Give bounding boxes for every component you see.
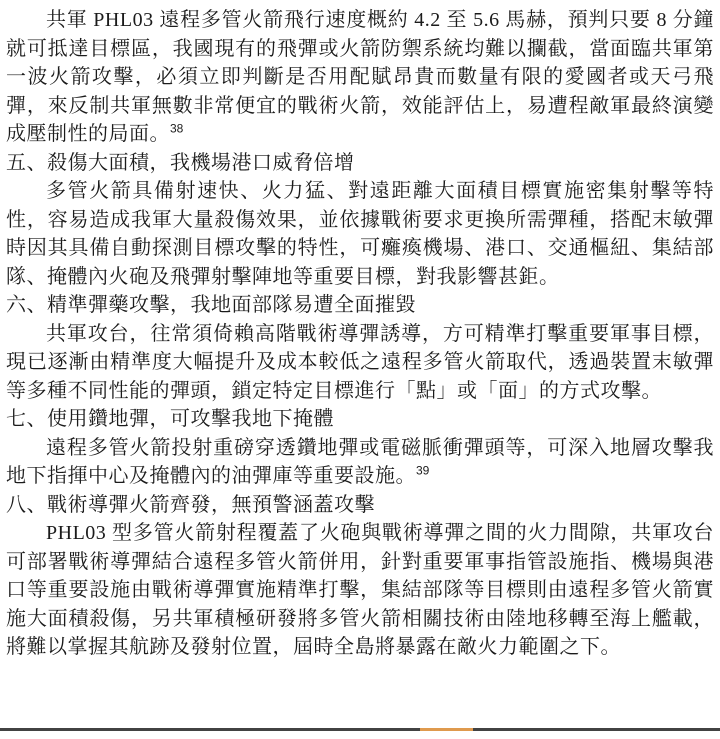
- scroll-position-indicator[interactable]: [420, 728, 473, 731]
- paragraph-precision-strike: 共軍攻台，往常須倚賴高階戰術導彈誘導，方可精準打擊重要軍事目標，現已逐漸由精準度…: [6, 320, 714, 406]
- paragraph-salvo-coverage: PHL03 型多管火箭射程覆蓋了火砲與戰術導彈之間的火力間隙，共軍攻台可部署戰術…: [6, 519, 714, 662]
- window-bottom-edge: [0, 728, 720, 731]
- document-page: 共軍 PHL03 遠程多管火箭飛行速度概約 4.2 至 5.6 馬赫，預判只要 …: [0, 0, 720, 662]
- section-heading-8: 八、戰術導彈火箭齊發，無預警涵蓋攻擊: [6, 491, 714, 520]
- footnote-ref-39: 39: [416, 463, 429, 477]
- section-heading-6: 六、精準彈藥攻擊，我地面部隊易遭全面摧毀: [6, 291, 714, 320]
- paragraph-phl03-speed: 共軍 PHL03 遠程多管火箭飛行速度概約 4.2 至 5.6 馬赫，預判只要 …: [6, 6, 714, 149]
- paragraph-text: 共軍 PHL03 遠程多管火箭飛行速度概約 4.2 至 5.6 馬赫，預判只要 …: [6, 9, 714, 145]
- paragraph-bunker-buster: 遠程多管火箭投射重磅穿透鑽地彈或電磁脈衝彈頭等，可深入地層攻擊我地下指揮中心及掩…: [6, 434, 714, 491]
- section-heading-5: 五、殺傷大面積，我機場港口威脅倍增: [6, 149, 714, 178]
- paragraph-area-kill: 多管火箭具備射速快、火力猛、對遠距離大面積目標實施密集射擊等特性，容易造成我軍大…: [6, 177, 714, 291]
- section-heading-7: 七、使用鑽地彈，可攻擊我地下掩體: [6, 405, 714, 434]
- footnote-ref-38: 38: [170, 121, 183, 135]
- paragraph-text: 遠程多管火箭投射重磅穿透鑽地彈或電磁脈衝彈頭等，可深入地層攻擊我地下指揮中心及掩…: [6, 437, 714, 488]
